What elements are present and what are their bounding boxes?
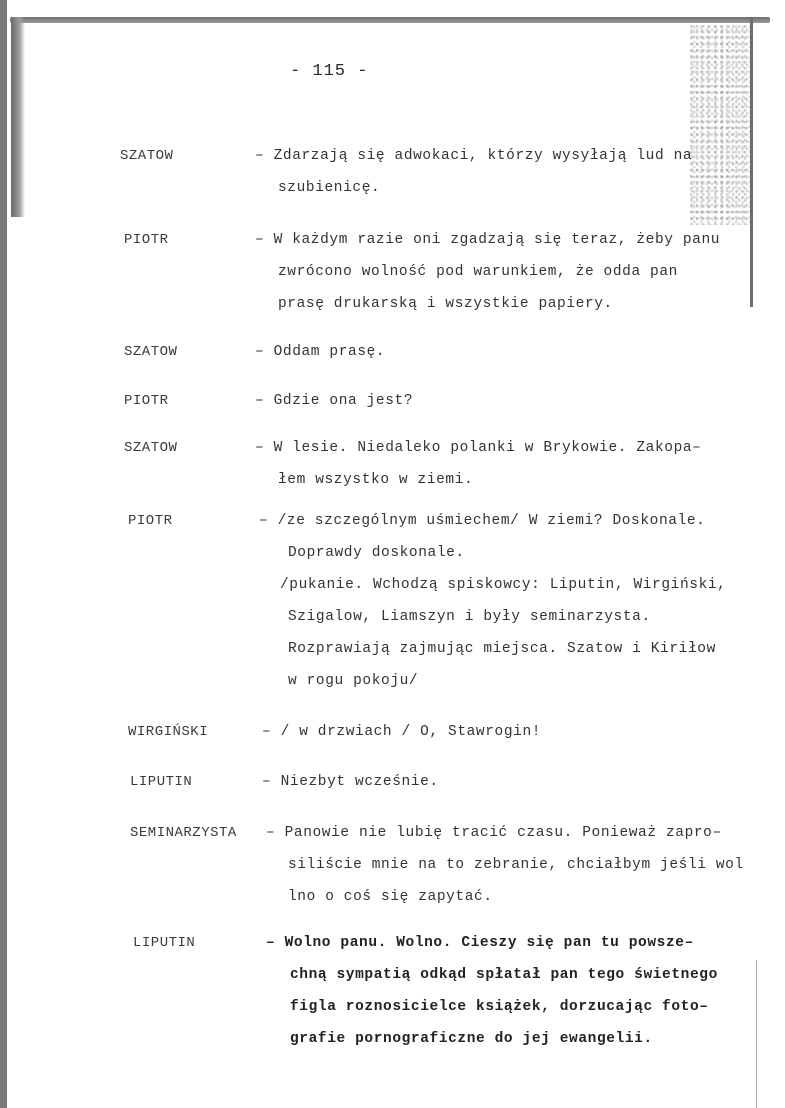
dialogue-continuation: Doprawdy doskonale. [288,545,465,561]
dialogue-line: – Zdarzają się adwokaci, którzy wysyłają… [255,148,692,164]
dialogue-continuation: prasę drukarską i wszystkie papiery. [278,296,613,312]
dialogue-continuation: łem wszystko w ziemi. [278,472,473,488]
speaker-name: SZATOW [120,148,173,164]
scan-left-shadow [11,17,25,217]
dialogue-line: – W każdym razie oni zgadzają się teraz,… [255,232,720,248]
dialogue-continuation: Szigalow, Liamszyn i były seminarzysta. [288,609,651,625]
scan-noise [690,25,750,225]
dialogue-line: – / w drzwiach / O, Stawrogin! [262,724,541,740]
scan-top-border [10,17,770,23]
speaker-name: PIOTR [128,513,173,529]
speaker-name: SZATOW [124,344,177,360]
dialogue-continuation: chną sympatią odkąd spłatał pan tego świ… [290,967,718,983]
dialogue-continuation: szubienicę. [278,180,380,196]
dialogue-continuation: /pukanie. Wchodzą spiskowcy: Liputin, Wi… [280,577,726,593]
dialogue-continuation: lno o coś się zapytać. [288,889,493,905]
speaker-name: SEMINARZYSTA [130,825,237,841]
dialogue-line: – /ze szczególnym uśmiechem/ W ziemi? Do… [259,513,705,529]
speaker-name: PIOTR [124,232,169,248]
dialogue-continuation: siliście mnie na to zebranie, chciałbym … [288,857,744,873]
dialogue-line: – Wolno panu. Wolno. Cieszy się pan tu p… [266,935,694,951]
dialogue-continuation: Rozprawiają zajmując miejsca. Szatow i K… [288,641,716,657]
scan-right-border [750,17,753,307]
dialogue-line: – Panowie nie lubię tracić czasu. Poniew… [266,825,722,841]
speaker-name: WIRGIŃSKI [128,724,208,740]
dialogue-continuation: grafie pornograficzne do jej ewangelii. [290,1031,653,1047]
page-number: - 115 - [290,62,368,81]
dialogue-line: – W lesie. Niedaleko polanki w Brykowie.… [255,440,701,456]
scan-left-edge [0,0,7,1108]
dialogue-line: – Gdzie ona jest? [255,393,413,409]
speaker-name: PIOTR [124,393,169,409]
scan-right-border-lower [756,960,757,1108]
dialogue-continuation: figla roznosicielce książek, dorzucając … [290,999,709,1015]
speaker-name: LIPUTIN [133,935,195,951]
dialogue-continuation: zwrócono wolność pod warunkiem, że odda … [278,264,678,280]
speaker-name: LIPUTIN [130,774,192,790]
dialogue-line: – Oddam prasę. [255,344,385,360]
dialogue-line: – Niezbyt wcześnie. [262,774,439,790]
dialogue-continuation: w rogu pokoju/ [288,673,418,689]
speaker-name: SZATOW [124,440,177,456]
